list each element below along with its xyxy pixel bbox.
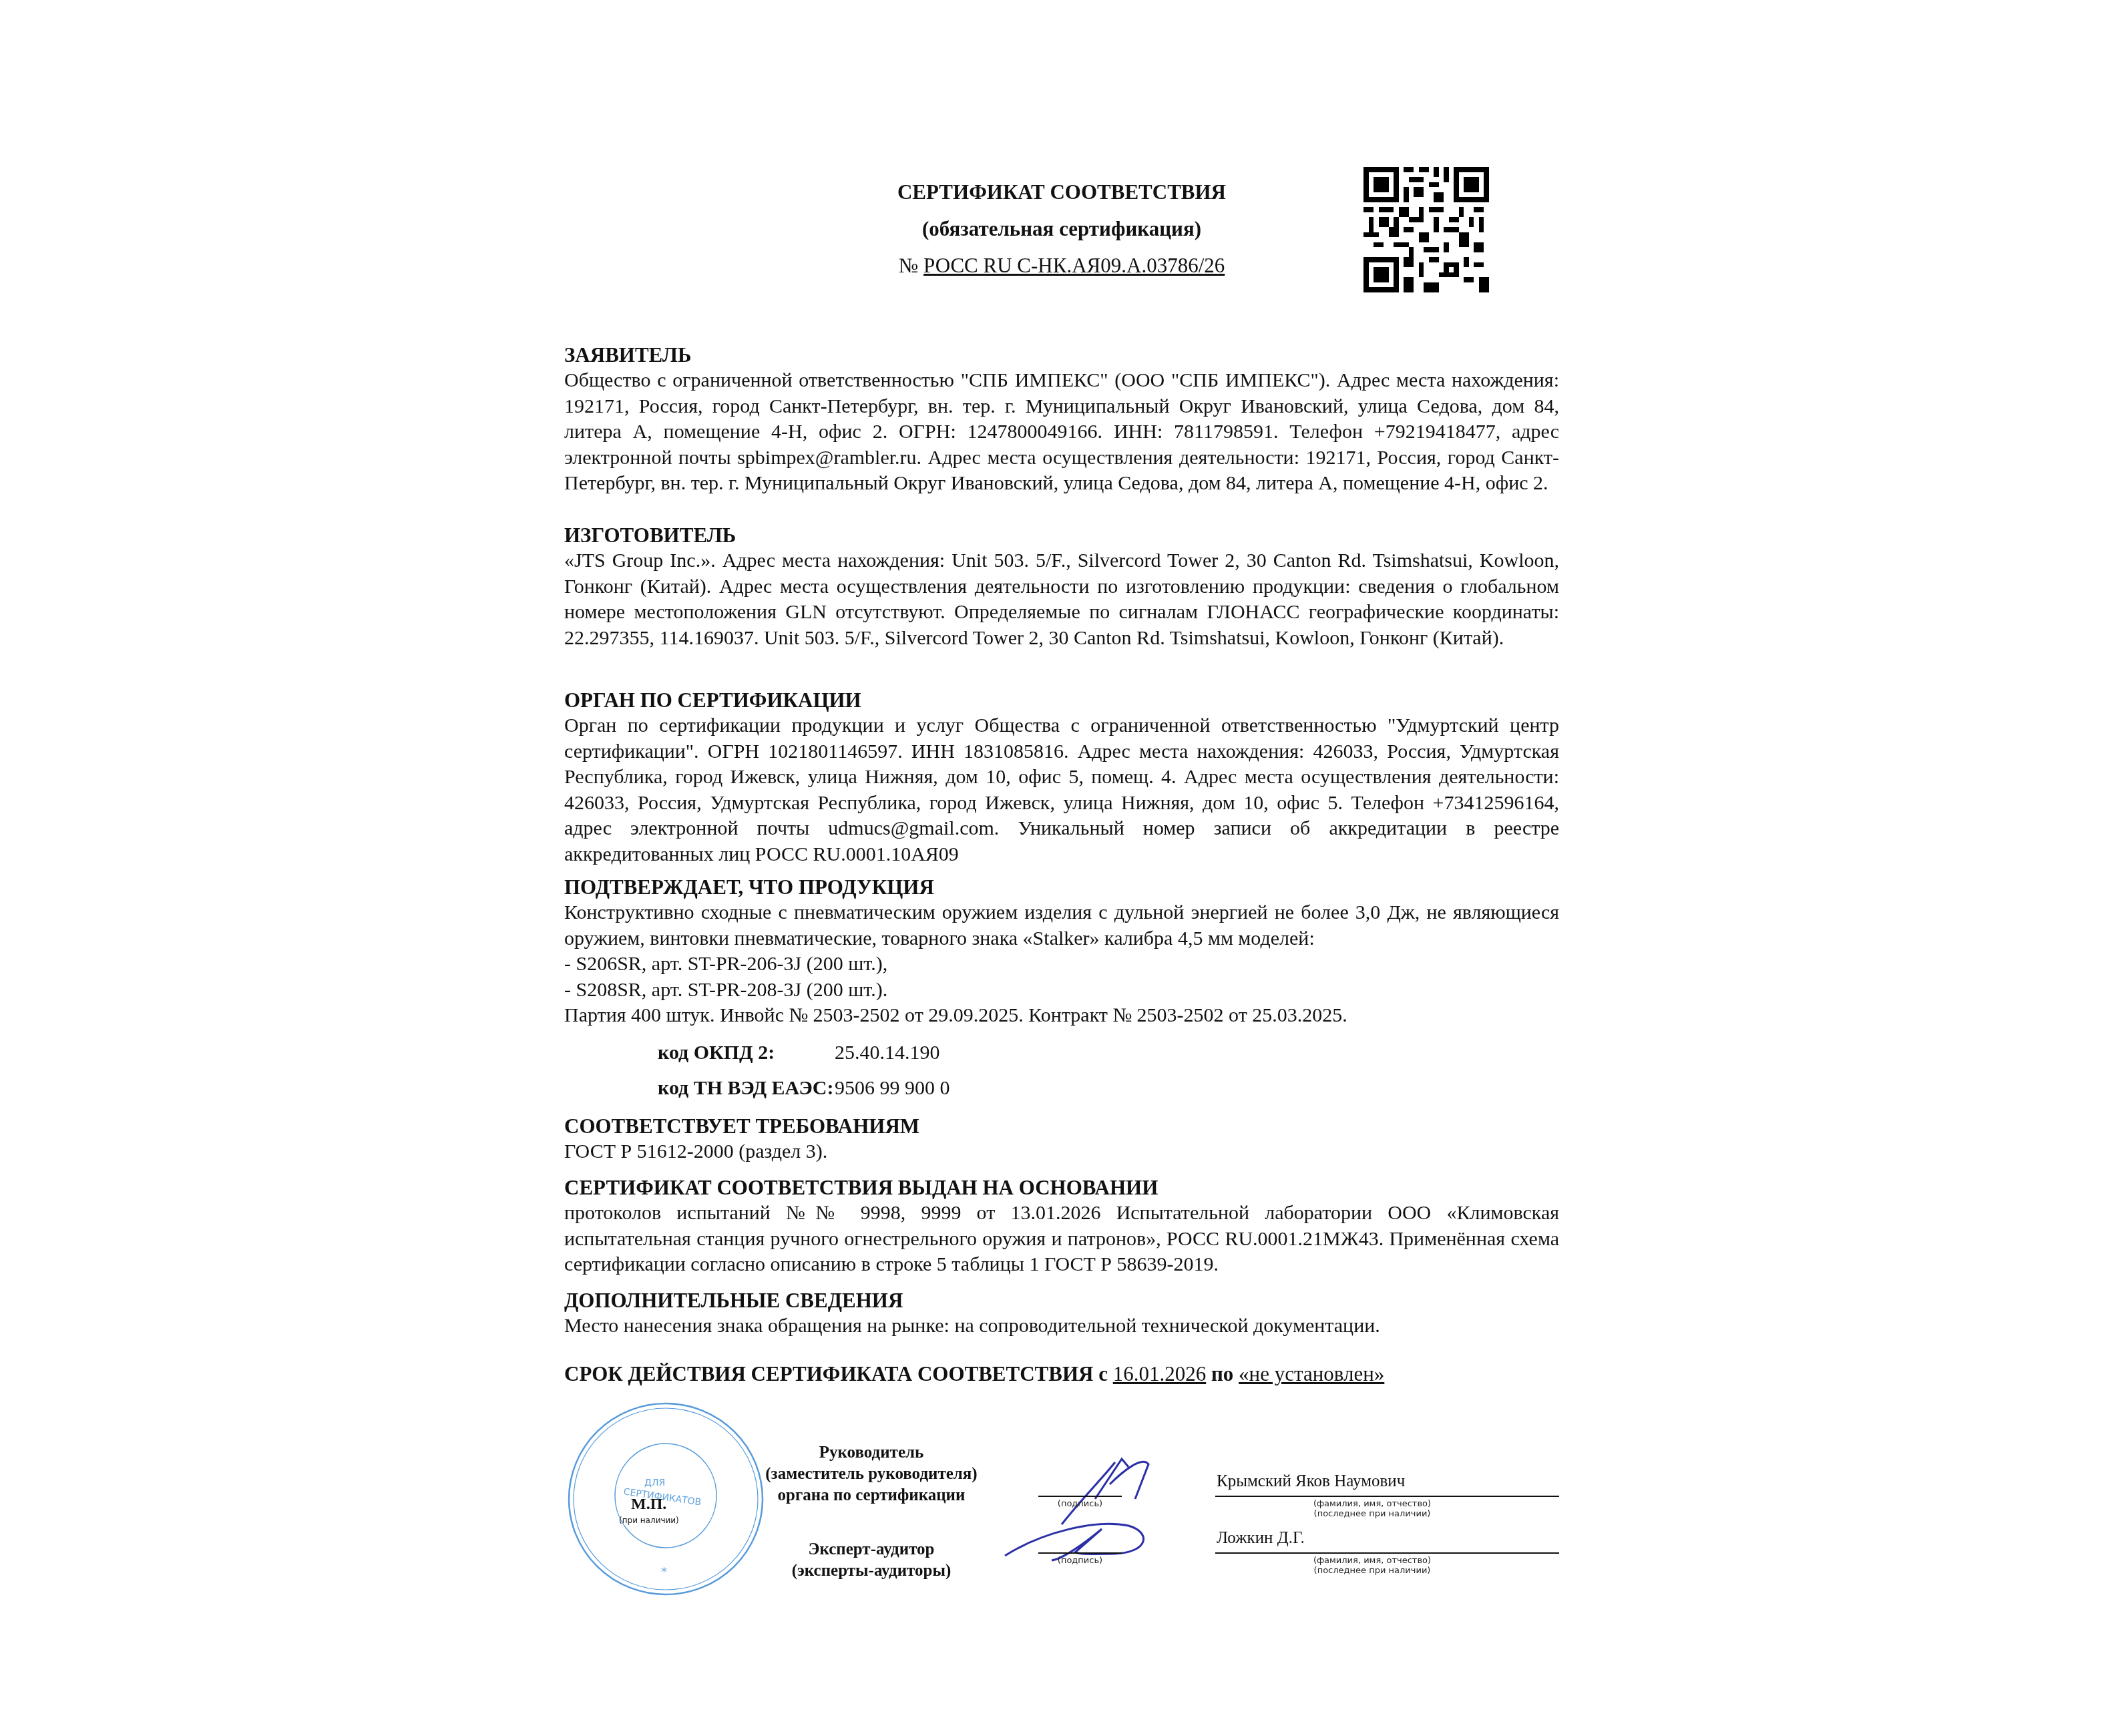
head-title-line: Руководитель: [751, 1442, 992, 1464]
svg-text:ДЛЯ: ДЛЯ: [644, 1478, 665, 1488]
head-title: Руководитель (заместитель руководителя) …: [751, 1442, 992, 1506]
caption-line: (последнее при наличии): [1305, 1509, 1439, 1519]
validity-from: 16.01.2026: [1113, 1362, 1207, 1385]
section-text: «JTS Group Inc.». Адрес места нахождения…: [564, 548, 1559, 651]
svg-text:*: *: [661, 1565, 667, 1579]
head-signature-caption: (подпись): [1038, 1499, 1122, 1509]
expert-title: Эксперт-аудитор (эксперты-аудиторы): [751, 1539, 992, 1582]
section-product: ПОДТВЕРЖДАЕТ, ЧТО ПРОДУКЦИЯ Конструктивн…: [564, 875, 1559, 1029]
section-heading: ОРГАН ПО СЕРТИФИКАЦИИ: [564, 688, 1559, 713]
section-text: Орган по сертификации продукции и услуг …: [564, 713, 1559, 867]
section-requirements: СООТВЕТСТВУЕТ ТРЕБОВАНИЯМ ГОСТ Р 51612-2…: [564, 1114, 1559, 1175]
head-title-line: (заместитель руководителя): [751, 1464, 992, 1485]
validity-to: «не установлен»: [1239, 1362, 1384, 1385]
head-signature-line: [1038, 1496, 1122, 1497]
code-okpd: код ОКПД 2:25.40.14.190: [658, 1042, 940, 1064]
lower-sections: СООТВЕТСТВУЕТ ТРЕБОВАНИЯМ ГОСТ Р 51612-2…: [564, 1114, 1559, 1339]
head-name-line: [1215, 1496, 1559, 1497]
section-heading: ИЗГОТОВИТЕЛЬ: [564, 523, 1559, 548]
expert-name: Ложкин Д.Г.: [1217, 1529, 1305, 1548]
code-tnved: код ТН ВЭД ЕАЭС:9506 99 900 0: [658, 1077, 950, 1100]
expert-signature-line: [1038, 1552, 1122, 1554]
section-text: Общество с ограниченной ответственностью…: [564, 368, 1559, 497]
expert-signature-caption: (подпись): [1038, 1556, 1122, 1566]
certificate-page: СЕРТИФИКАТ СООТВЕТСТВИЯ (обязательная се…: [0, 0, 2110, 1736]
expert-title-line: (эксперты-аудиторы): [751, 1560, 992, 1582]
expert-title-line: Эксперт-аудитор: [751, 1539, 992, 1560]
expert-name-caption: (фамилия, имя, отчество) (последнее при …: [1305, 1556, 1439, 1576]
code-value: 25.40.14.190: [835, 1042, 940, 1064]
product-item: - S208SR, арт. ST-PR-208-3J (200 шт.).: [564, 978, 1559, 1004]
validity-period: СРОК ДЕЙСТВИЯ СЕРТИФИКАТА СООТВЕТСТВИЯ с…: [564, 1362, 1384, 1386]
number-prefix: №: [899, 254, 919, 277]
section-text: Место нанесения знака обращения на рынке…: [564, 1313, 1559, 1339]
section-heading: ПОДТВЕРЖДАЕТ, ЧТО ПРОДУКЦИЯ: [564, 875, 1559, 900]
head-name: Крымский Яков Наумович: [1217, 1472, 1405, 1491]
validity-to-label: по: [1211, 1362, 1233, 1385]
code-label: код ОКПД 2:: [658, 1042, 835, 1064]
section-heading: ЗАЯВИТЕЛЬ: [564, 343, 1559, 368]
section-heading: СЕРТИФИКАТ СООТВЕТСТВИЯ ВЫДАН НА ОСНОВАН…: [564, 1175, 1559, 1201]
section-manufacturer: ИЗГОТОВИТЕЛЬ «JTS Group Inc.». Адрес мес…: [564, 523, 1559, 688]
validity-label: СРОК ДЕЙСТВИЯ СЕРТИФИКАТА СООТВЕТСТВИЯ с: [564, 1362, 1108, 1385]
caption-line: (фамилия, имя, отчество): [1305, 1499, 1439, 1509]
stamp-mp-note: (при наличии): [619, 1516, 679, 1525]
section-basis: СЕРТИФИКАТ СООТВЕТСТВИЯ ВЫДАН НА ОСНОВАН…: [564, 1175, 1559, 1288]
number-value: РОСС RU С-НК.АЯ09.А.03786/26: [923, 254, 1225, 277]
caption-line: (фамилия, имя, отчество): [1305, 1556, 1439, 1566]
product-item: - S206SR, арт. ST-PR-206-3J (200 шт.),: [564, 951, 1559, 978]
qr-code-icon: [1363, 167, 1489, 292]
round-stamp-icon: ДЛЯ СЕРТИФИКАТОВ * М.П. (при наличии): [564, 1399, 768, 1599]
batch-info: Партия 400 штук. Инвойс № 2503-2502 от 2…: [564, 1003, 1559, 1029]
section-text: ГОСТ Р 51612-2000 (раздел 3).: [564, 1139, 1559, 1165]
expert-name-line: [1215, 1552, 1559, 1554]
caption-line: (последнее при наличии): [1305, 1566, 1439, 1576]
certificate-subtitle: (обязательная сертификация): [795, 217, 1329, 241]
section-heading: ДОПОЛНИТЕЛЬНЫЕ СВЕДЕНИЯ: [564, 1288, 1559, 1313]
code-label: код ТН ВЭД ЕАЭС:: [658, 1077, 835, 1100]
section-text: Конструктивно сходные с пневматическим о…: [564, 900, 1559, 951]
section-heading: СООТВЕТСТВУЕТ ТРЕБОВАНИЯМ: [564, 1114, 1559, 1139]
section-text: протоколов испытаний №№ 9998, 9999 от 13…: [564, 1201, 1559, 1278]
section-applicant: ЗАЯВИТЕЛЬ Общество с ограниченной ответс…: [564, 343, 1559, 523]
stamp-mp: М.П.: [631, 1496, 666, 1513]
section-additional: ДОПОЛНИТЕЛЬНЫЕ СВЕДЕНИЯ Место нанесения …: [564, 1288, 1559, 1339]
head-name-caption: (фамилия, имя, отчество) (последнее при …: [1305, 1499, 1439, 1519]
head-title-line: органа по сертификации: [751, 1485, 992, 1506]
section-certification-body: ОРГАН ПО СЕРТИФИКАЦИИ Орган по сертифика…: [564, 688, 1559, 875]
certificate-number: № РОСС RU С-НК.АЯ09.А.03786/26: [795, 254, 1329, 278]
code-value: 9506 99 900 0: [835, 1077, 950, 1099]
main-sections: ЗАЯВИТЕЛЬ Общество с ограниченной ответс…: [564, 343, 1559, 1029]
certificate-title: СЕРТИФИКАТ СООТВЕТСТВИЯ: [795, 180, 1329, 204]
